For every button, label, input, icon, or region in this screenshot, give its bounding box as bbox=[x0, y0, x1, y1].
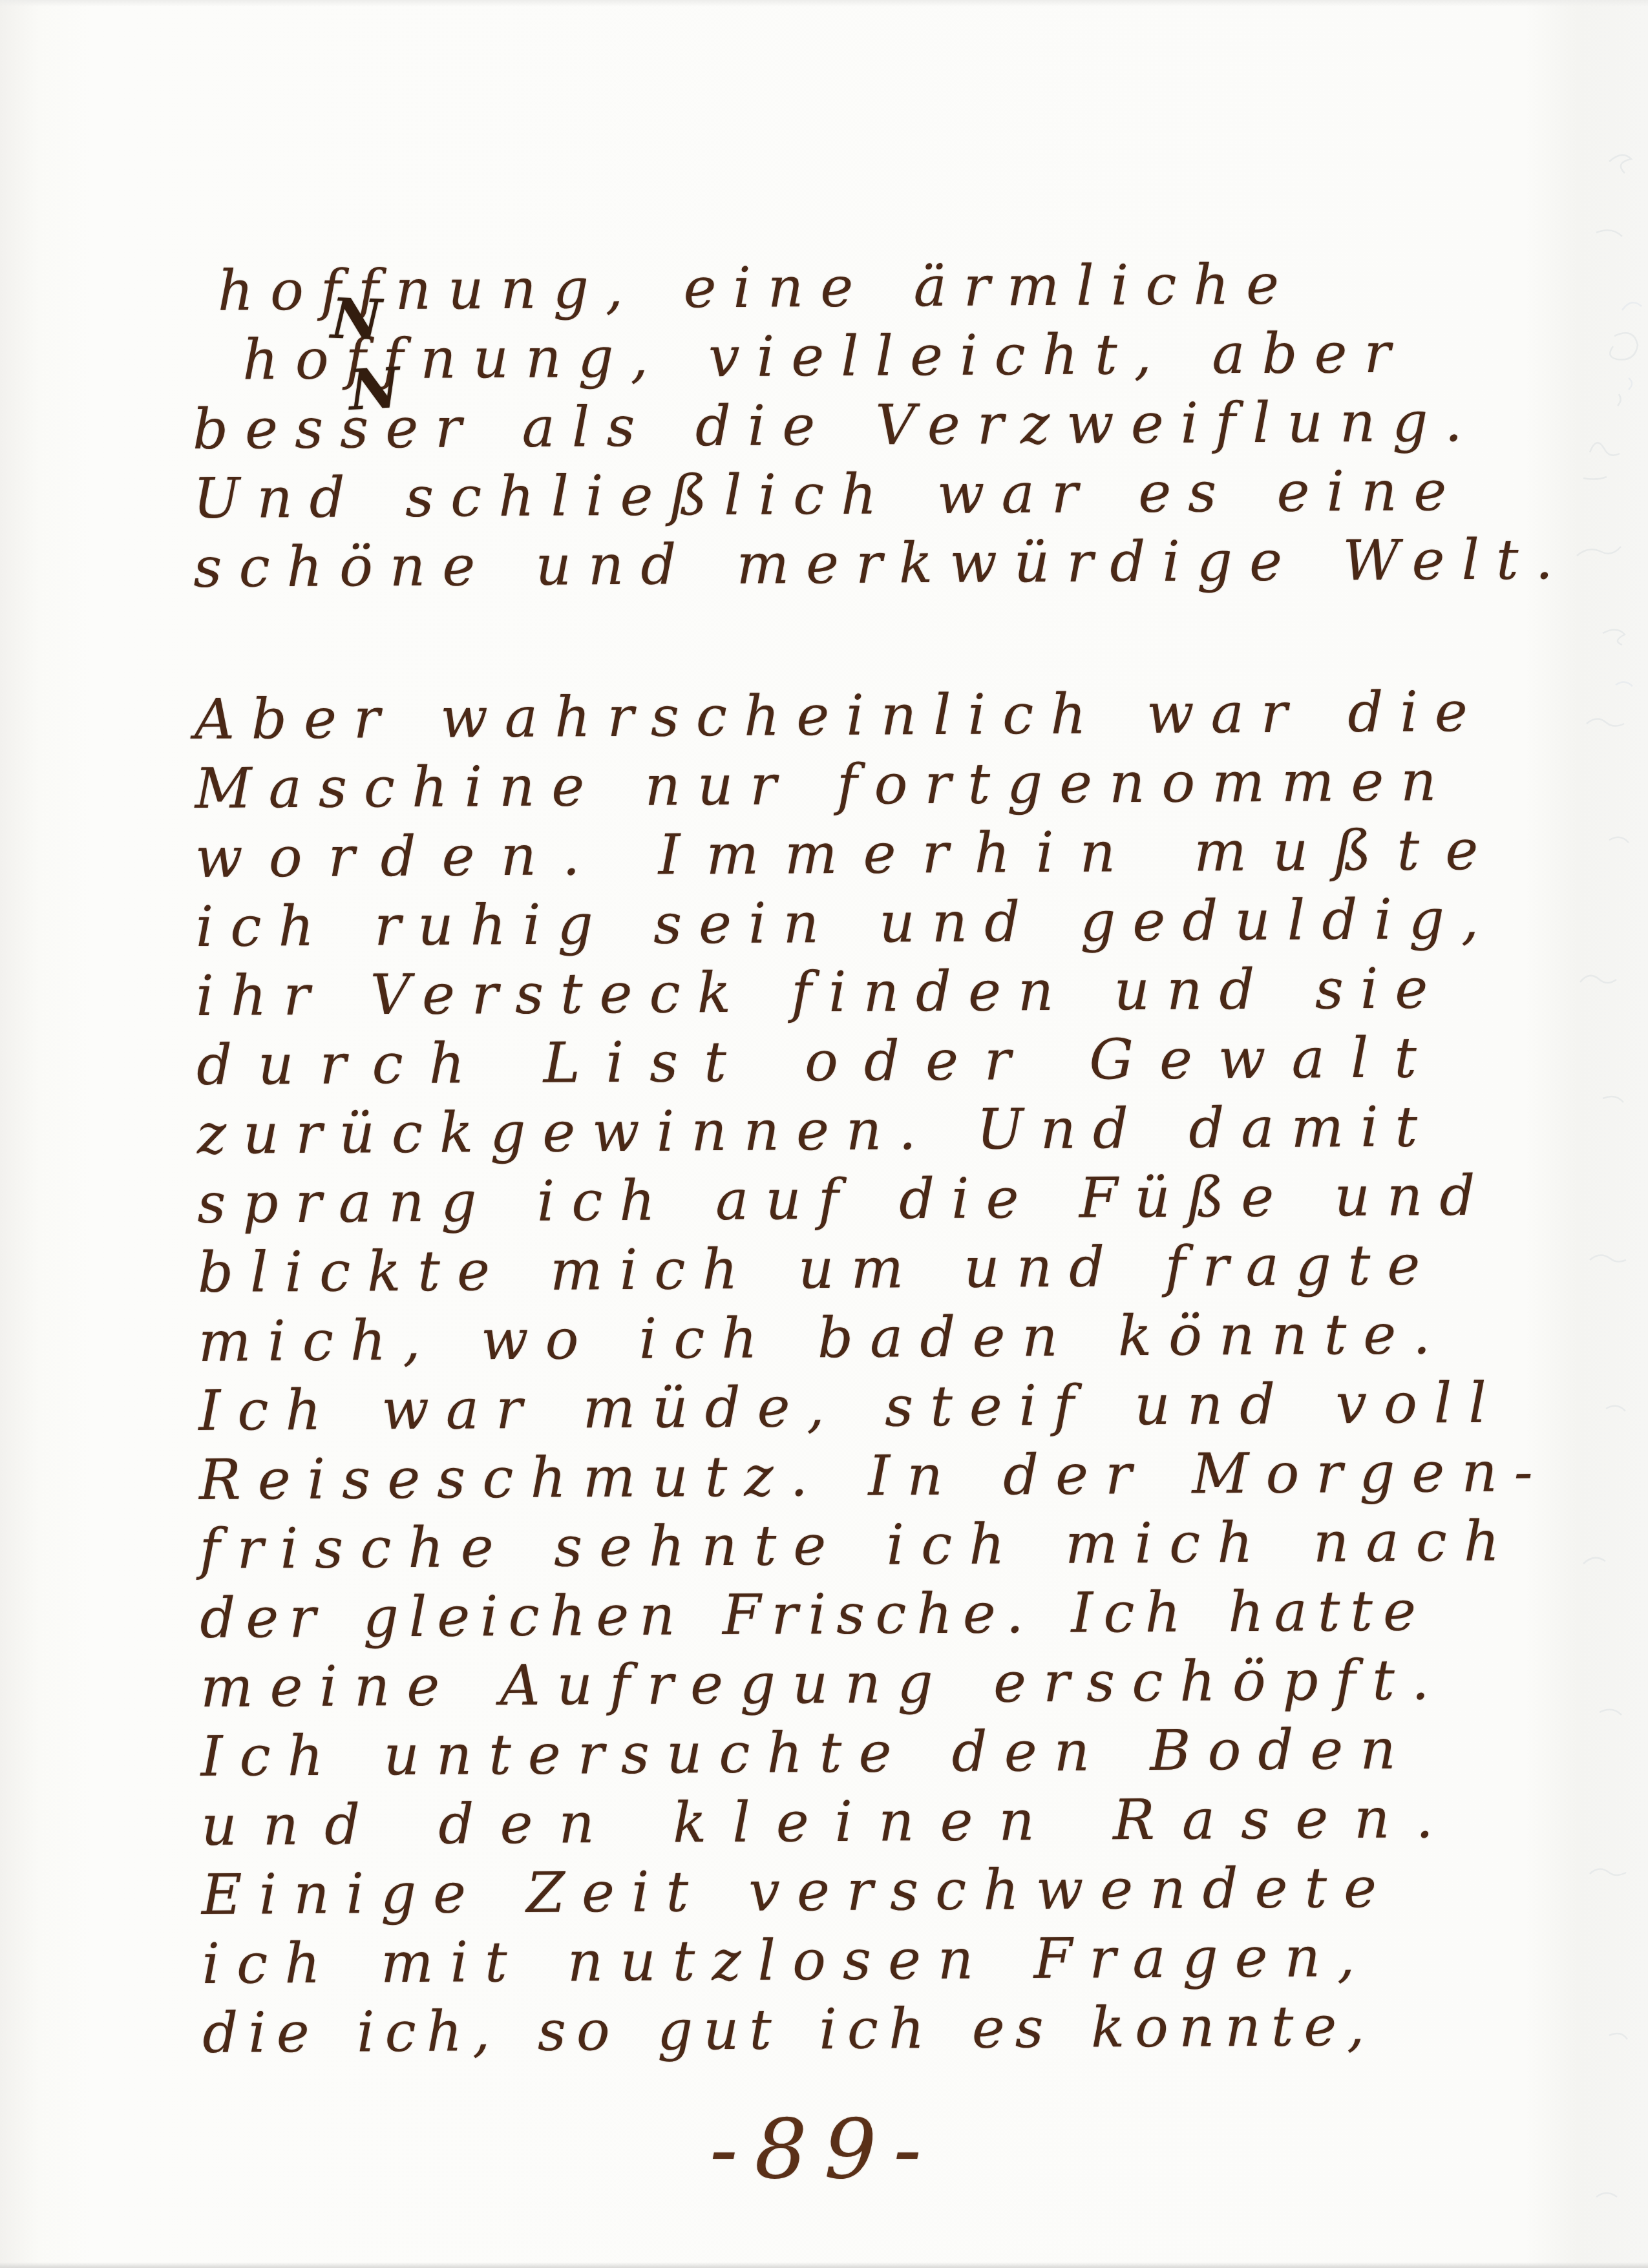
correction-mark-n: N bbox=[330, 291, 383, 349]
handwriting-line: ich ruhig sein und geduldig, bbox=[195, 885, 1463, 962]
handwriting-line: zurückgewinnen. Und damit bbox=[196, 1093, 1464, 1170]
handwriting-line: der gleichen Frische. Ich hatte bbox=[200, 1577, 1467, 1654]
manuscript-text: hoffnung, eine ärmliche hoffnung, vielle… bbox=[191, 249, 1469, 2068]
handwriting-line: Ich war müde, steif und voll bbox=[198, 1369, 1466, 1446]
handwriting-line: frische sehnte ich mich nach bbox=[199, 1507, 1466, 1584]
handwriting-line: worden. Immerhin mußte bbox=[195, 816, 1463, 893]
handwriting-line: Ich untersuchte den Boden bbox=[200, 1715, 1468, 1792]
handwriting-line: schöne und merkwürdige Welt. bbox=[193, 526, 1461, 603]
handwriting-line: Einige Zeit verschwendete bbox=[202, 1853, 1469, 1930]
handwriting-line: Und schließlich war es eine bbox=[193, 457, 1460, 534]
handwriting-line: Aber wahrscheinlich war die bbox=[195, 678, 1462, 755]
show-through-texture bbox=[1499, 0, 1648, 2268]
handwriting-line: meine Aufregung erschöpft. bbox=[200, 1646, 1468, 1723]
correction-mark-n: N bbox=[348, 361, 401, 419]
page-number: -89- bbox=[0, 2101, 1648, 2198]
handwriting-line: Maschine nur fortgenommen bbox=[195, 747, 1462, 824]
handwriting-line: durch List oder Gewalt bbox=[196, 1024, 1464, 1100]
handwriting-line: Reiseschmutz. In der Morgen- bbox=[199, 1438, 1466, 1515]
handwriting-line: mich, wo ich baden könnte. bbox=[198, 1300, 1465, 1377]
handwriting-line: ich mit nutzlosen Fragen, bbox=[202, 1922, 1469, 1999]
handwriting-line: ihr Versteck finden und sie bbox=[196, 954, 1463, 1031]
handwriting-line: sprang ich auf die Füße und bbox=[197, 1162, 1464, 1239]
handwriting-line: und den kleinen Rasen. bbox=[201, 1784, 1468, 1861]
handwriting-line: die ich, so gut ich es konnte, bbox=[202, 1991, 1470, 2068]
handwriting-line: blickte mich um und fragte bbox=[198, 1231, 1465, 1308]
